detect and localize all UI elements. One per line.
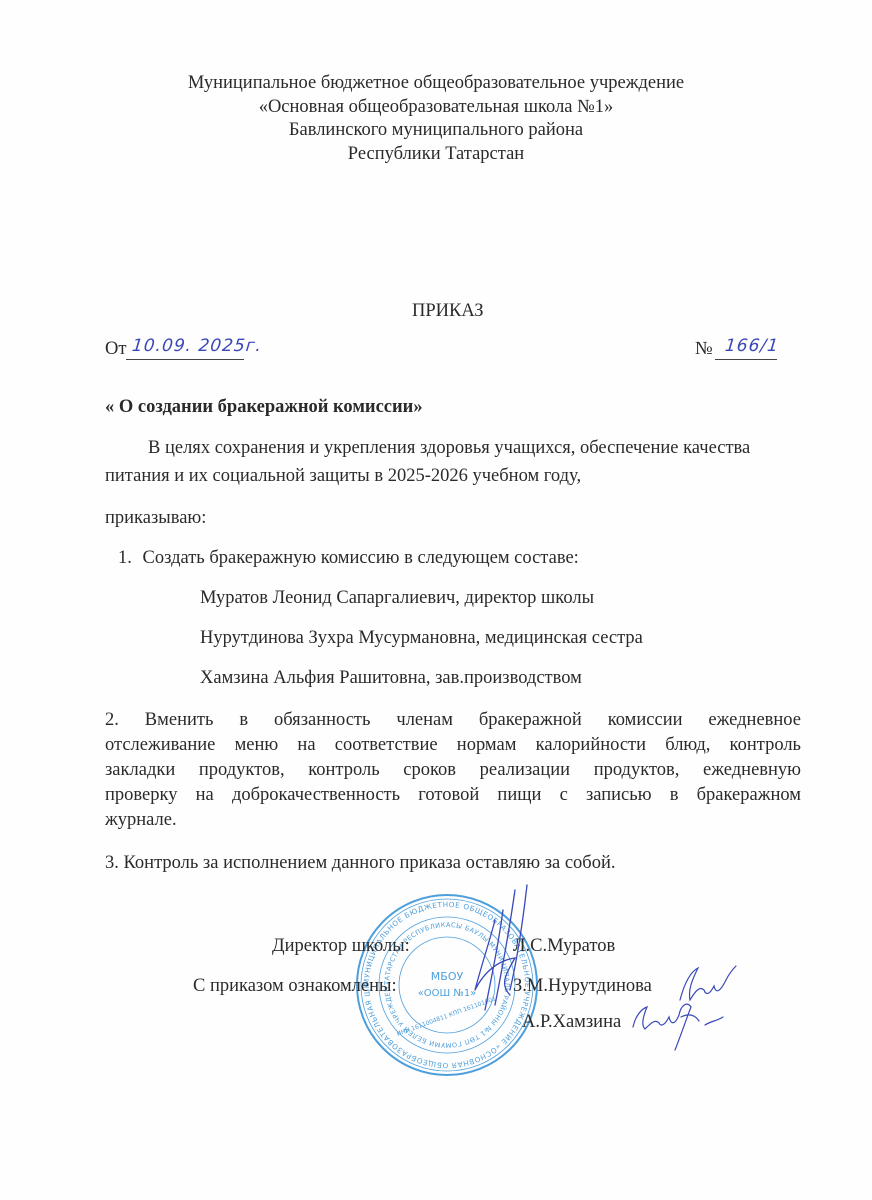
item-2-line: журнале. [105, 809, 801, 834]
item-1-text: Создать бракеражную комиссию в следующем… [143, 548, 579, 568]
header-line: Муниципальное бюджетное общеобразователь… [0, 72, 872, 96]
number-label: № [695, 339, 713, 359]
order-subject: « О создании бракеражной комиссии» [105, 396, 423, 418]
member-2: Нурутдинова Зухра Мусурмановна, медицинс… [200, 627, 643, 649]
order-word: приказываю: [105, 507, 206, 529]
member-1: Муратов Леонид Сапаргалиевич, директор ш… [200, 587, 594, 609]
header-line: Республики Татарстан [0, 143, 872, 167]
number-row: №166/1 [695, 337, 777, 360]
director-label: Директор школы: [272, 935, 410, 957]
date-value: 10.09. 2025г. [131, 335, 263, 357]
order-title: ПРИКАЗ [412, 300, 484, 322]
item-2-line: закладки продуктов, контроль сроков реал… [105, 759, 801, 784]
item-3: 3. Контроль за исполнением данного прика… [105, 852, 615, 874]
date-label: От [105, 339, 126, 359]
preamble-line-1: В целях сохранения и укрепления здоровья… [148, 437, 750, 459]
item-1: 1. Создать бракеражную комиссию в следую… [118, 547, 579, 569]
header-line: Бавлинского муниципального района [0, 119, 872, 143]
header-line: «Основная общеобразовательная школа №1» [0, 96, 872, 120]
preamble-line-2: питания и их социальной защиты в 2025-20… [105, 465, 581, 487]
date-row: От10.09. 2025г. [105, 337, 244, 360]
director-signature-icon [455, 880, 545, 1020]
number-value: 166/1 [724, 335, 780, 357]
item-1-number: 1. [118, 548, 132, 568]
item-2-line: проверку на доброкачественность готовой … [105, 784, 801, 809]
institution-header: Муниципальное бюджетное общеобразователь… [0, 72, 872, 166]
member-3: Хамзина Альфия Рашитовна, зав.производст… [200, 667, 582, 689]
acquainted-label: С приказом ознакомлены: [193, 975, 397, 997]
item-2-line: 2. Вменить в обязанность членам бракераж… [105, 709, 801, 734]
signature-khamzina-icon [625, 995, 725, 1055]
item-2-line: отслеживание меню на соответствие нормам… [105, 734, 801, 759]
number-field: 166/1 [715, 337, 777, 360]
date-field: 10.09. 2025г. [126, 337, 244, 360]
item-2: 2. Вменить в обязанность членам бракераж… [105, 709, 801, 834]
